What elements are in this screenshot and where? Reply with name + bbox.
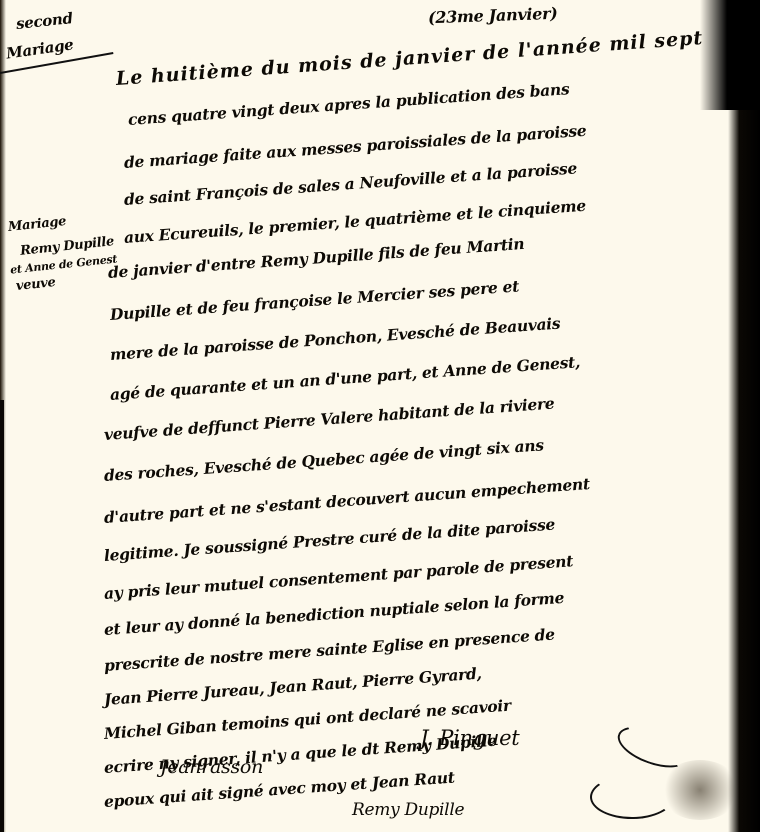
body-line: veufve de deffunct Pierre Valere habitan…	[103, 394, 555, 444]
scan-edge-left-lower	[0, 400, 4, 832]
body-line: mere de la paroisse de Ponchon, Evesché …	[109, 314, 560, 364]
signature-witness: Jeanrasson	[160, 756, 263, 778]
body-line: des roches, Evesché de Quebec agée de vi…	[103, 435, 544, 485]
entry-date: (23me Janvier)	[428, 4, 558, 28]
margin-entry-line-4: veuve	[15, 276, 56, 294]
margin-entry-line-1: Mariage	[7, 215, 66, 235]
body-line: Le huitième du mois de janvier de l'anné…	[115, 27, 704, 90]
scan-edge-right-top	[700, 0, 760, 110]
signature-priest: J. Pinguet	[420, 726, 519, 750]
margin-note-second: second	[15, 11, 73, 31]
scan-edge-right	[728, 0, 760, 832]
signature-groom: Remy Dupille	[352, 800, 464, 820]
signature-flourish	[590, 775, 674, 819]
body-line: cens quatre vingt deux apres la publicat…	[127, 79, 570, 129]
register-page: second Mariage Mariage Remy Dupille et A…	[0, 0, 760, 832]
margin-note-mariage: Mariage	[5, 37, 74, 60]
body-line: Dupille et de feu françoise le Mercier s…	[109, 276, 519, 324]
